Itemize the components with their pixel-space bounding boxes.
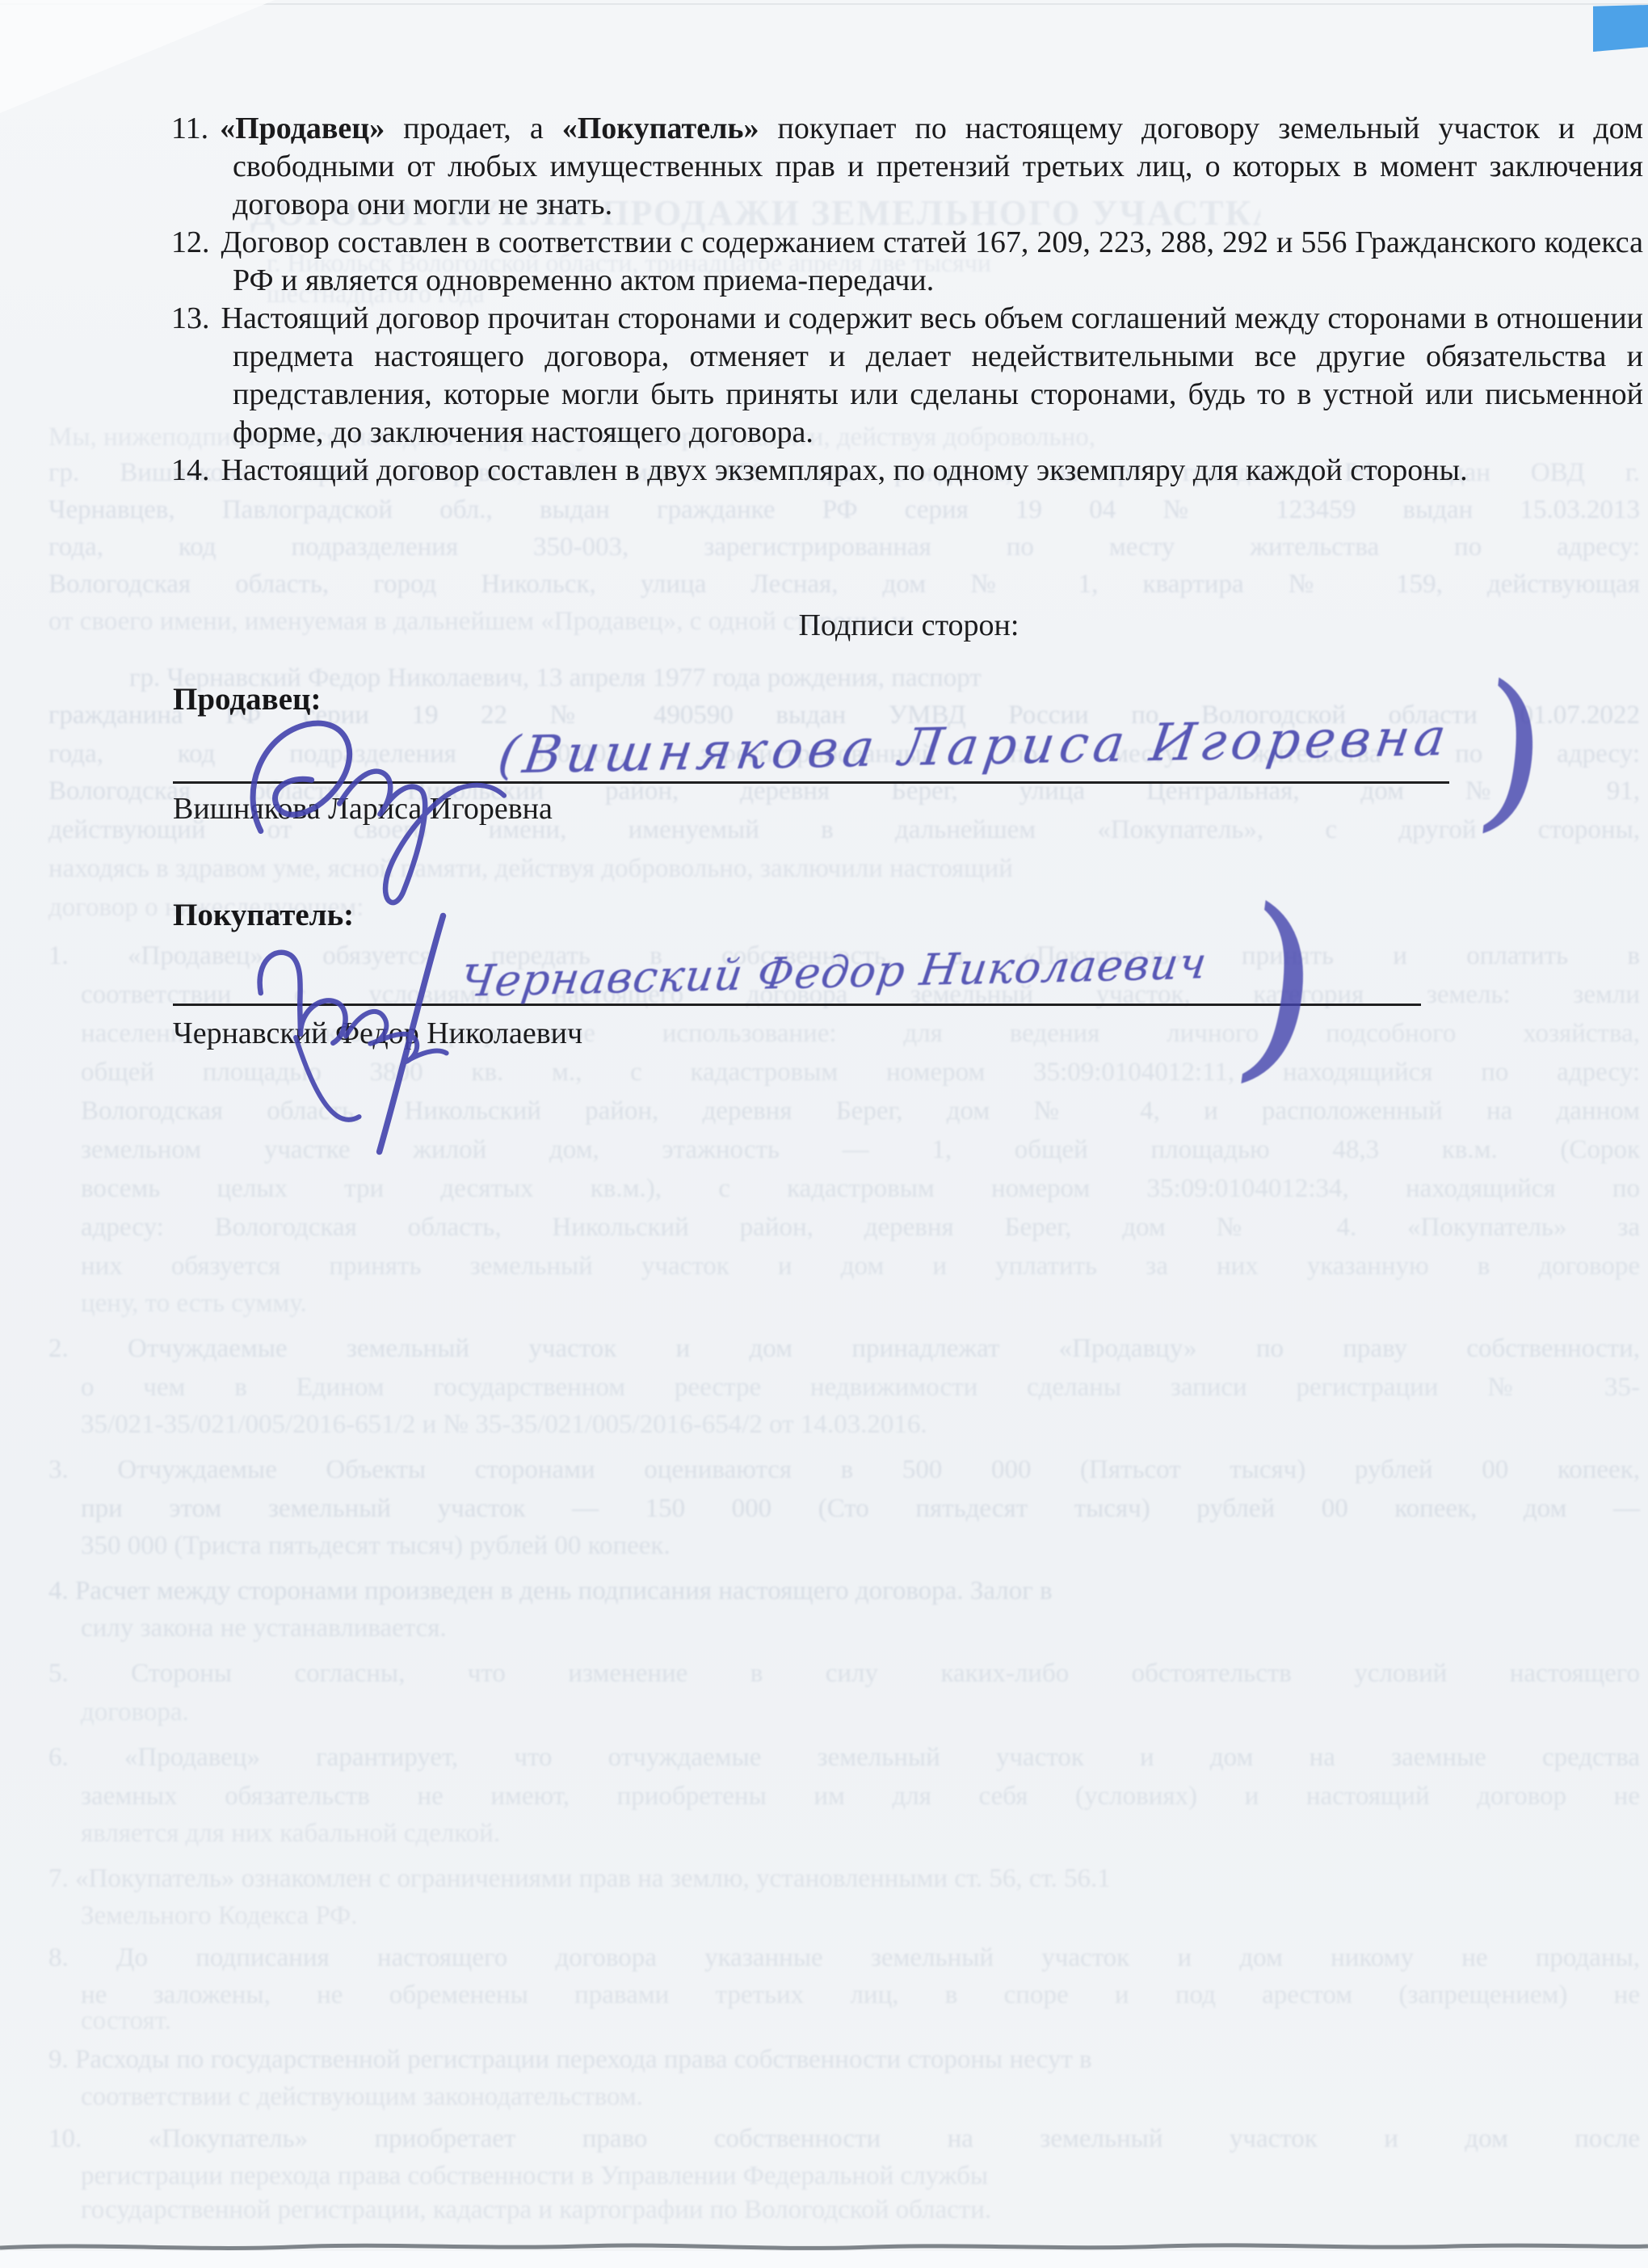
clause-text: Настоящий договор составлен в двух экзем… [221,453,1468,487]
bleedthrough-line: заемных обязательств не имеют, приобрете… [81,1781,1640,1813]
bleedthrough-line: 8. До подписания настоящего договора ука… [48,1942,1640,1975]
bleedthrough-line: 350 000 (Триста пятьдесят тысяч) рублей … [81,1530,1018,1563]
contract-clauses: 11.«Продавец» продает, а «Покупатель» по… [171,110,1643,490]
bleedthrough-line: 6. «Продавец» гарантирует, что отчуждаем… [48,1742,1640,1774]
bleedthrough-line: 7. «Покупатель» ознакомлен с ограничения… [48,1863,1551,1896]
bleedthrough-line: при этом земельный участок — 150 000 (Ст… [81,1493,1640,1525]
bleedthrough-line: 5. Стороны согласны, что изменение в сил… [48,1658,1640,1690]
bleedthrough-line: силу закона не устанавливается. [81,1613,905,1645]
bleedthrough-line: регистрации перехода права собственности… [81,2161,1535,2193]
bleedthrough-line: Вологодская область, город Никольск, ули… [48,569,1640,601]
bleedthrough-line: Земельного Кодекса РФ. [81,1900,662,1933]
document-sheet: ДОГОВОР КУПЛИ-ПРОДАЖИ ЗЕМЕЛЬНОГО УЧАСТКА… [0,0,1648,2268]
clause-text: Договор составлен в соответствии с содер… [221,225,1644,297]
seller-signature-ink: (Вишнякова Лариса Игоревна ) [241,676,1585,904]
clause-number: 11. [171,112,220,145]
bleedthrough-line: договора. [81,1697,582,1729]
clause-number: 12. [171,225,221,259]
bleedthrough-line: 35/021-35/021/005/2016-651/2 и № 35-35/0… [81,1409,1503,1441]
clause-number: 13. [171,301,221,335]
bleedthrough-line: состоят. [81,2005,501,2038]
bleedthrough-line: 2. Отчуждаемые земельный участок и дом п… [48,1333,1640,1365]
clause-text: «Покупатель» [562,112,759,145]
bleedthrough-line: 10. «Покупатель» приобретает право собст… [48,2123,1640,2156]
bleedthrough-line: них обязуется принять земельный участок … [81,1251,1640,1283]
seller-signature-flourish [241,696,536,904]
buyer-signature-script: Чернавский Федор Николаевич [457,937,1210,1007]
bleedthrough-line: восемь целых три десятых кв.м.), с кадас… [81,1173,1640,1206]
contract-clause: 12.Договор составлен в соответствии с со… [171,224,1643,300]
buyer-signature-ink: Чернавский Федор Николаевич ) [239,887,1408,1166]
bleedthrough-line: адресу: Вологодская область, Никольский … [81,1212,1640,1244]
clause-text: Настоящий договор прочитан сторонами и с… [221,301,1644,449]
bleedthrough-line: о чем в Едином государственном реестре н… [81,1372,1640,1404]
bleedthrough-line: государственной регистрации, кадастра и … [81,2194,1357,2227]
seller-signature-closing-paren: ) [1471,662,1555,839]
scanned-contract-page: { "scan": { "paper_color": "#f2f4f7", "i… [0,0,1648,2268]
clause-number: 14. [171,453,221,487]
bleedthrough-line: Чернавцев, Павлоградской обл., выдан гра… [48,494,1640,527]
contract-clause: 13.Настоящий договор прочитан сторонами … [171,300,1643,452]
buyer-signature-closing-paren: ) [1227,882,1332,1092]
bleedthrough-line: является для них кабальной сделкой. [81,1818,969,1850]
contract-clause: 11.«Продавец» продает, а «Покупатель» по… [171,110,1643,224]
buyer-signature-flourish [239,910,503,1167]
signatures-heading: Подписи сторон: [0,608,1648,643]
bleedthrough-line: 3. Отчуждаемые Объекты сторонами оценива… [48,1454,1640,1487]
bleedthrough-line: соответствии с действующим законодательс… [81,2081,1074,2114]
bleedthrough-line: года, код подразделения 350-003, зарегис… [48,532,1640,564]
bleedthrough-line: цену, то есть сумму. [81,1288,517,1320]
clause-text: «Продавец» [220,112,385,145]
contract-clause: 14.Настоящий договор составлен в двух эк… [171,452,1643,490]
bleedthrough-line: 9. Расходы по государственной регистраци… [48,2044,1575,2077]
bleedthrough-line: 4. Расчет между сторонами произведен в д… [48,1576,1486,1608]
clause-text: продает, а [385,112,562,145]
seller-signature-script: (Вишнякова Лариса Игоревна [494,708,1454,786]
